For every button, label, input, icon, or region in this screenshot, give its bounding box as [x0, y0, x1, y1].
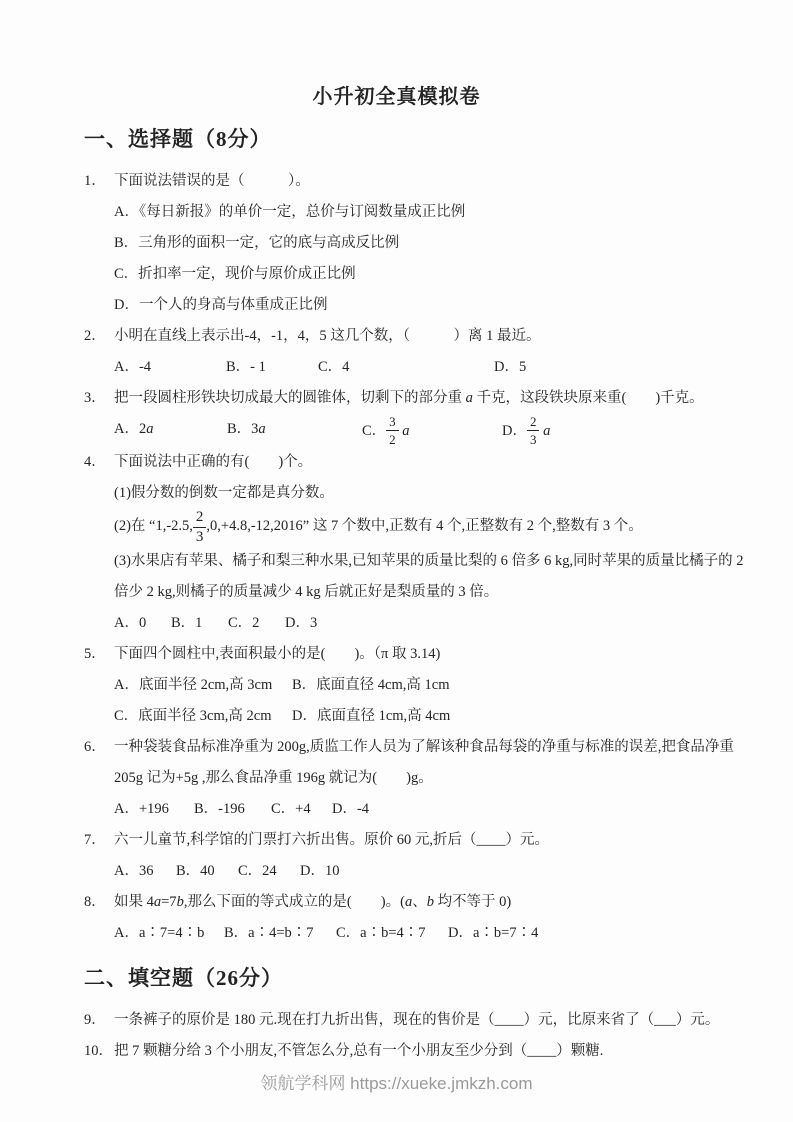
fraction-denominator: 2: [386, 431, 399, 447]
text-run: (1)假分数的倒数一定都是真分数。: [114, 485, 334, 501]
option: C．32 a: [362, 414, 502, 447]
text-run: ,那么下面的等式成立的是( )。(: [184, 894, 405, 910]
option: C．a∶b=4∶7: [336, 918, 448, 949]
text-run: 小明在直线上表示出-4，-1，4，5 这几个数，（ ）离 1 最近。: [114, 328, 541, 344]
question: 10．把 7 颗糖分给 3 个小朋友,不管怎么分,总有一个小朋友至少分到（___…: [84, 1036, 745, 1067]
text-run: D．-4: [332, 801, 369, 817]
math-var: b: [177, 894, 184, 910]
math-var: a: [402, 423, 409, 439]
text-run: C．折扣率一定，现价与原价成正比例: [114, 266, 356, 282]
text-run: 如果 4: [114, 894, 154, 910]
text-run: D．10: [300, 863, 339, 879]
text-run: D．底面直径 1cm,高 4cm: [292, 708, 450, 724]
question-text: 如果 4a=7b,那么下面的等式成立的是( )。(a、b 均不等于 0): [114, 887, 745, 918]
option: A．+196: [114, 794, 194, 825]
question-line: 10．把 7 颗糖分给 3 个小朋友,不管怎么分,总有一个小朋友至少分到（___…: [84, 1036, 745, 1067]
option: C．+4: [271, 794, 332, 825]
question-text: 把 7 颗糖分给 3 个小朋友,不管怎么分,总有一个小朋友至少分到（____）颗…: [114, 1036, 745, 1067]
option: B．a∶4=b∶7: [224, 918, 336, 949]
question-text: 六一儿童节,科学馆的门票打六折出售。原价 60 元,折后（____）元。: [114, 825, 745, 856]
question-number: 10．: [84, 1036, 114, 1067]
text-run: 把一段圆柱形铁块切成最大的圆锥体，切剩下的部分重: [114, 390, 466, 406]
option: D．底面直径 1cm,高 4cm: [292, 701, 745, 732]
text-run: A．底面半径 2cm,高 3cm: [114, 677, 272, 693]
exam-body: 一、选择题（8分） 1．下面说法错误的是（ ）。A．《每日新报》的单价一定，总价…: [0, 124, 793, 1067]
section-heading-choice: 一、选择题（8分）: [84, 124, 745, 154]
text-run: (2)在 “1,-2.5,: [114, 518, 193, 534]
text-run: D．一个人的身高与体重成正比例: [114, 297, 327, 313]
fraction-numerator: 3: [386, 414, 399, 431]
question-number: 6．: [84, 732, 114, 794]
page-title: 小升初全真模拟卷: [0, 0, 793, 110]
option: C．2: [228, 608, 285, 639]
question-line: 8．如果 4a=7b,那么下面的等式成立的是( )。(a、b 均不等于 0): [84, 887, 745, 918]
text-run: A．2: [114, 421, 146, 437]
text-run: 、: [412, 894, 427, 910]
question: 6．一种袋装食品标准净重为 200g,质监工作人员为了解该种食品每袋的净重与标准…: [84, 732, 745, 825]
option: A．底面半径 2cm,高 3cm: [114, 670, 292, 701]
question-text: 下面说法中正确的有( )个。: [114, 447, 745, 478]
options: A．-4B．- 1C．4D．5: [114, 352, 745, 383]
fraction: 32: [386, 414, 399, 447]
fraction-denominator: 3: [527, 431, 540, 447]
question-line: 6．一种袋装食品标准净重为 200g,质监工作人员为了解该种食品每袋的净重与标准…: [84, 732, 745, 794]
text-run: 一种袋装食品标准净重为 200g,质监工作人员为了解该种食品每袋的净重与标准的误…: [114, 739, 734, 786]
option: D．10: [300, 856, 362, 887]
options: A．a∶7=4∶bB．a∶4=b∶7C．a∶b=4∶7D．a∶b=7∶4: [114, 918, 745, 949]
option: A．36: [114, 856, 176, 887]
text-run: (3)水果店有苹果、橘子和梨三种水果,已知苹果的质量比梨的 6 倍多 6 kg,…: [114, 553, 744, 600]
question-number: 2．: [84, 321, 114, 352]
options: A．0B．1C．2D．3: [114, 608, 745, 639]
option: D．3: [285, 608, 342, 639]
fraction-denominator: 3: [193, 528, 207, 546]
option: B．底面直径 4cm,高 1cm: [292, 670, 745, 701]
question-line: 7．六一儿童节,科学馆的门票打六折出售。原价 60 元,折后（____）元。: [84, 825, 745, 856]
question: 7．六一儿童节,科学馆的门票打六折出售。原价 60 元,折后（____）元。A．…: [84, 825, 745, 887]
text-run: B．40: [176, 863, 215, 879]
text-run: C．: [362, 423, 386, 439]
text-run: C．2: [228, 615, 259, 631]
question: 1．下面说法错误的是（ ）。A．《每日新报》的单价一定，总价与订阅数量成正比例B…: [84, 166, 745, 321]
text-run: 均不等于 0): [434, 894, 511, 910]
option: A．-4: [114, 352, 226, 383]
option: C．4: [318, 352, 494, 383]
option: B．40: [176, 856, 238, 887]
text-run: B．3: [227, 421, 258, 437]
text-run: A．《每日新报》的单价一定，总价与订阅数量成正比例: [114, 204, 465, 220]
question-text: 一条裤子的原价是 180 元.现在打九折出售，现在的售价是（____）元，比原来…: [114, 1005, 745, 1036]
math-var: b: [427, 894, 434, 910]
question-number: 5．: [84, 639, 114, 670]
option: D．一个人的身高与体重成正比例: [114, 290, 745, 321]
question-number: 3．: [84, 383, 114, 414]
fraction-numerator: 2: [527, 414, 540, 431]
text-run: A．0: [114, 615, 146, 631]
text-run: B．a∶4=b∶7: [224, 925, 314, 941]
option: A．0: [114, 608, 171, 639]
text-run: C．+4: [271, 801, 311, 817]
option: A．《每日新报》的单价一定，总价与订阅数量成正比例: [114, 197, 745, 228]
section-heading-fill: 二、填空题（26分）: [84, 963, 745, 993]
options: A．《每日新报》的单价一定，总价与订阅数量成正比例B．三角形的面积一定，它的底与…: [114, 197, 745, 321]
question: 9．一条裤子的原价是 180 元.现在打九折出售，现在的售价是（____）元，比…: [84, 1005, 745, 1036]
text-run: C．4: [318, 359, 349, 375]
question-text: 一种袋装食品标准净重为 200g,质监工作人员为了解该种食品每袋的净重与标准的误…: [114, 732, 745, 794]
options: A．+196B．-196C．+4D．-4: [114, 794, 745, 825]
question-number: 4．: [84, 447, 114, 478]
text-run: ,0,+4.8,-12,2016” 这 7 个数中,正数有 4 个,正整数有 2…: [206, 518, 642, 534]
option: D．-4: [332, 794, 369, 825]
question-number: 7．: [84, 825, 114, 856]
text-run: A．+196: [114, 801, 169, 817]
fraction: 23: [193, 509, 207, 546]
questions-list-choice: 1．下面说法错误的是（ ）。A．《每日新报》的单价一定，总价与订阅数量成正比例B…: [84, 166, 745, 949]
text-run: C．a∶b=4∶7: [336, 925, 426, 941]
watermark-footer: 领航学科网 https://xueke.jmkzh.com: [0, 1071, 793, 1097]
question: 4．下面说法中正确的有( )个。(1)假分数的倒数一定都是真分数。(2)在 “1…: [84, 447, 745, 639]
question-subitem: (1)假分数的倒数一定都是真分数。: [114, 478, 745, 509]
math-var: a: [543, 423, 550, 439]
question: 5．下面四个圆柱中,表面积最小的是( )。（π 取 3.14)A．底面半径 2c…: [84, 639, 745, 732]
math-var: a: [258, 421, 265, 437]
question-subitem: (3)水果店有苹果、橘子和梨三种水果,已知苹果的质量比梨的 6 倍多 6 kg,…: [114, 546, 745, 608]
option: B．三角形的面积一定，它的底与高成反比例: [114, 228, 745, 259]
question: 2．小明在直线上表示出-4，-1，4，5 这几个数，（ ）离 1 最近。A．-4…: [84, 321, 745, 383]
question-line: 3．把一段圆柱形铁块切成最大的圆锥体，切剩下的部分重 a 千克，这段铁块原来重(…: [84, 383, 745, 414]
text-run: 下面四个圆柱中,表面积最小的是( )。（π 取 3.14): [114, 646, 440, 662]
option: A．a∶7=4∶b: [114, 918, 224, 949]
question-number: 8．: [84, 887, 114, 918]
option: A．2a: [114, 414, 227, 445]
question-text: 把一段圆柱形铁块切成最大的圆锥体，切剩下的部分重 a 千克，这段铁块原来重( )…: [114, 383, 745, 414]
text-run: C．24: [238, 863, 277, 879]
question-text: 下面四个圆柱中,表面积最小的是( )。（π 取 3.14): [114, 639, 745, 670]
text-run: B．-196: [194, 801, 245, 817]
question-line: 4．下面说法中正确的有( )个。: [84, 447, 745, 478]
text-run: D．5: [494, 359, 526, 375]
option: B．-196: [194, 794, 271, 825]
text-run: B．1: [171, 615, 202, 631]
question-subitem: (2)在 “1,-2.5,23,0,+4.8,-12,2016” 这 7 个数中…: [114, 509, 745, 546]
text-run: A．-4: [114, 359, 151, 375]
fraction-numerator: 2: [193, 509, 207, 528]
text-run: 把 7 颗糖分给 3 个小朋友,不管怎么分,总有一个小朋友至少分到（____）颗…: [114, 1043, 603, 1059]
text-run: A．a∶7=4∶b: [114, 925, 204, 941]
question-line: 2．小明在直线上表示出-4，-1，4，5 这几个数，（ ）离 1 最近。: [84, 321, 745, 352]
options: A．36B．40C．24D．10: [114, 856, 745, 887]
text-run: D．3: [285, 615, 317, 631]
fraction: 23: [527, 414, 540, 447]
math-var: a: [146, 421, 153, 437]
text-run: =7: [161, 894, 176, 910]
text-run: 六一儿童节,科学馆的门票打六折出售。原价 60 元,折后（____）元。: [114, 832, 549, 848]
question: 3．把一段圆柱形铁块切成最大的圆锥体，切剩下的部分重 a 千克，这段铁块原来重(…: [84, 383, 745, 447]
question-line: 1．下面说法错误的是（ ）。: [84, 166, 745, 197]
text-run: A．36: [114, 863, 153, 879]
text-run: B．- 1: [226, 359, 266, 375]
text-run: 下面说法中正确的有( )个。: [114, 454, 312, 470]
question-line: 9．一条裤子的原价是 180 元.现在打九折出售，现在的售价是（____）元，比…: [84, 1005, 745, 1036]
text-run: D．a∶b=7∶4: [448, 925, 538, 941]
text-run: D．: [502, 423, 527, 439]
option: B．1: [171, 608, 228, 639]
option: B．3a: [227, 414, 362, 445]
question-number: 9．: [84, 1005, 114, 1036]
question-line: 5．下面四个圆柱中,表面积最小的是( )。（π 取 3.14): [84, 639, 745, 670]
option: D．5: [494, 352, 526, 383]
text-run: B．底面直径 4cm,高 1cm: [292, 677, 449, 693]
options: A．2aB．3aC．32 aD．23 a: [114, 414, 745, 447]
text-run: 下面说法错误的是（ ）。: [114, 173, 310, 189]
option: B．- 1: [226, 352, 318, 383]
question: 8．如果 4a=7b,那么下面的等式成立的是( )。(a、b 均不等于 0)A．…: [84, 887, 745, 949]
question-text: 小明在直线上表示出-4，-1，4，5 这几个数，（ ）离 1 最近。: [114, 321, 745, 352]
math-var: a: [466, 390, 473, 406]
options: A．底面半径 2cm,高 3cmB．底面直径 4cm,高 1cmC．底面半径 3…: [114, 670, 745, 732]
option: C．底面半径 3cm,高 2cm: [114, 701, 292, 732]
option: C．24: [238, 856, 300, 887]
questions-list-fill: 9．一条裤子的原价是 180 元.现在打九折出售，现在的售价是（____）元，比…: [84, 1005, 745, 1067]
text-run: 一条裤子的原价是 180 元.现在打九折出售，现在的售价是（____）元，比原来…: [114, 1012, 719, 1028]
text-run: B．三角形的面积一定，它的底与高成反比例: [114, 235, 399, 251]
question-text: 下面说法错误的是（ ）。: [114, 166, 745, 197]
text-run: C．底面半径 3cm,高 2cm: [114, 708, 271, 724]
option: C．折扣率一定，现价与原价成正比例: [114, 259, 745, 290]
option: D．23 a: [502, 414, 550, 447]
option: D．a∶b=7∶4: [448, 918, 538, 949]
question-number: 1．: [84, 166, 114, 197]
text-run: 千克，这段铁块原来重( )千克。: [473, 390, 704, 406]
